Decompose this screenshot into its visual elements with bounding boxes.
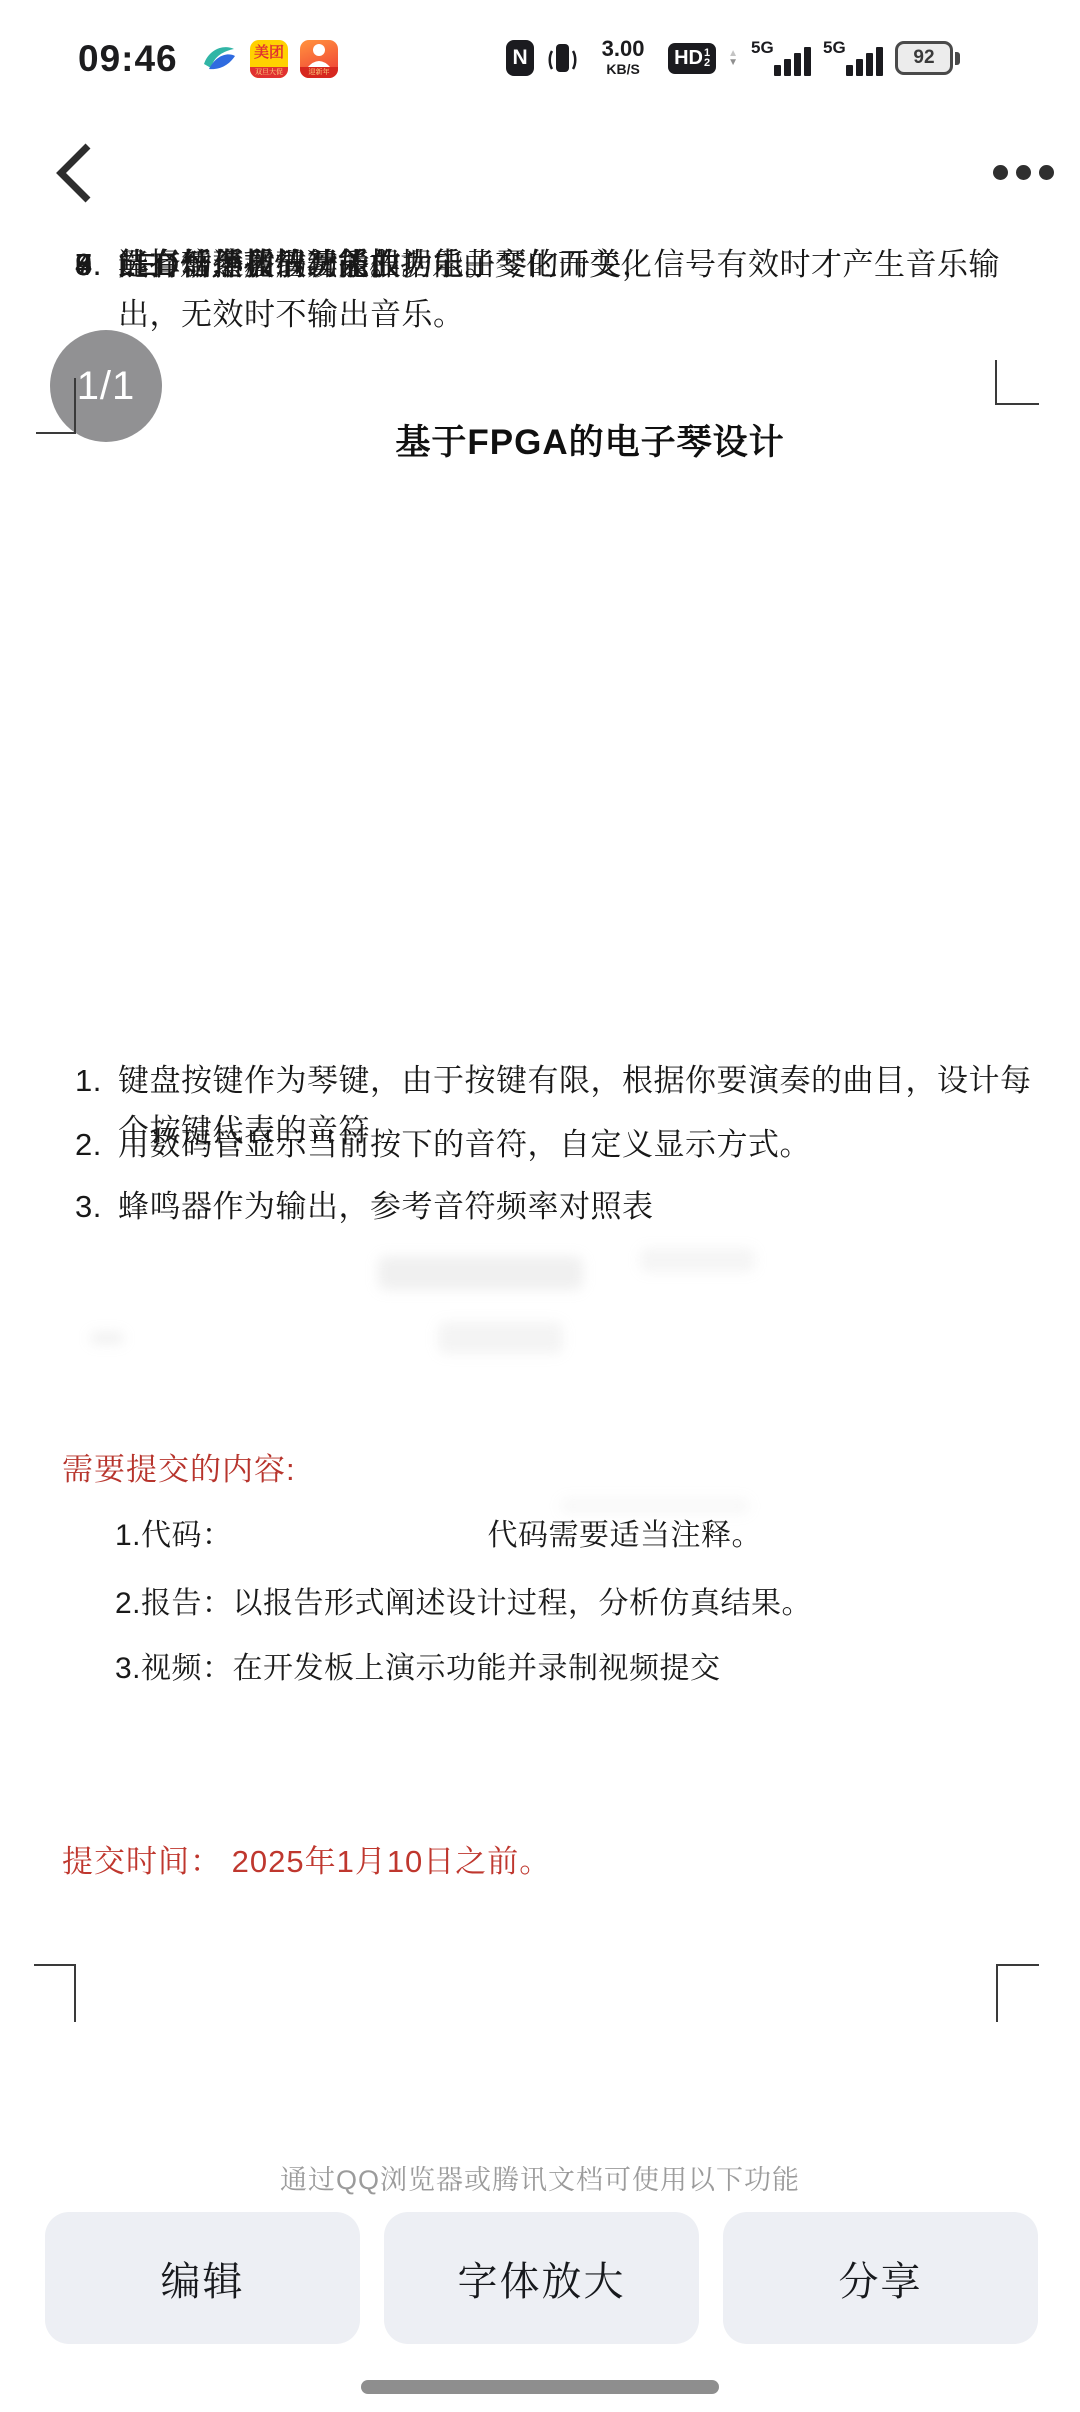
scan-smudge: [438, 1322, 563, 1354]
vibrate-icon: [546, 39, 578, 77]
deadline-text: 提交时间： 2025年1月10日之前。: [62, 1836, 551, 1881]
nfc-icon: N: [506, 40, 534, 76]
scan-smudge: [90, 1332, 124, 1344]
battery-level: 92: [895, 41, 953, 75]
list-item: 9. 具有循环播放功能。: [75, 240, 1036, 290]
notification-icons: 美团 双旦大促 迎新年: [200, 40, 338, 78]
home-indicator[interactable]: [361, 2380, 719, 2394]
meituan-app-icon: 美团 双旦大促: [250, 40, 288, 78]
network-speed-value: 3.00: [602, 36, 645, 61]
scan-smudge: [640, 1248, 755, 1272]
more-options-button[interactable]: [980, 144, 1066, 200]
page-corner-mark-top-left: [36, 378, 76, 434]
person-icon: [300, 40, 338, 68]
list-item: 2. 用数码管显示当前按下的音符，自定义显示方式。: [75, 1120, 1036, 1170]
reader-app-icon: [200, 40, 238, 78]
hd-volte-icon: HD 1 2: [668, 43, 716, 74]
battery-icon: 92: [895, 41, 960, 75]
submission-heading: 需要提交的内容:: [62, 1444, 296, 1489]
meituan-banner: 双旦大促: [250, 67, 288, 78]
ellipsis-icon: [993, 165, 1008, 180]
back-chevron-icon: [52, 142, 96, 204]
submission-item: 2.报告：以报告形式阐述设计过程，分析仿真结果。: [115, 1582, 812, 1626]
swoosh-icon: [200, 40, 238, 78]
enlarge-font-button[interactable]: 字体放大: [384, 2212, 699, 2344]
screen: 09:46 美团 双旦大促 迎新年 N 3.00: [0, 0, 1080, 2412]
scan-smudge: [378, 1256, 583, 1290]
document-title: 基于FPGA的电子琴设计: [140, 415, 1040, 465]
signal-5g-sim2-icon: 5G: [823, 39, 883, 77]
submission-item: 1.代码：代码需要适当注释。: [115, 1514, 762, 1558]
list-item: 3. 蜂鸣器作为输出，参考音符频率对照表: [75, 1182, 1036, 1232]
submission-item-label: 1.代码：: [115, 1519, 233, 1552]
signal-5g-sim1-icon: 5G: [751, 39, 811, 77]
edit-button[interactable]: 编辑: [45, 2212, 360, 2344]
footer-hint: 通过QQ浏览器或腾讯文档可使用以下功能: [0, 2158, 1080, 2197]
meituan-label: 美团: [250, 40, 288, 66]
footer-actions: 编辑 字体放大 分享: [45, 2212, 1038, 2344]
scan-smudge: [560, 1498, 750, 1514]
network-speed: 3.00 KB/S: [590, 38, 656, 79]
page-corner-mark-bottom-right: [996, 1964, 1039, 2022]
document-page[interactable]: 1/1 基于FPGA的电子琴设计 1. 键盘按键作为琴键，由于按键有限，根据你要…: [0, 240, 1080, 2040]
promo-app-icon: 迎新年: [300, 40, 338, 78]
network-speed-unit: KB/S: [606, 61, 639, 77]
data-activity-arrows-icon: ▲▼: [728, 49, 738, 67]
back-button[interactable]: [44, 136, 104, 210]
submission-item-text: 代码需要适当注释。: [488, 1519, 763, 1552]
page-corner-mark-top-right: [995, 360, 1039, 405]
status-time: 09:46: [78, 38, 178, 80]
submission-item: 3.视频：在开发板上演示功能并录制视频提交: [115, 1647, 721, 1691]
page-corner-mark-bottom-left: [34, 1964, 76, 2022]
share-button[interactable]: 分享: [723, 2212, 1038, 2344]
status-indicators: N 3.00 KB/S HD 1 2 ▲▼ 5G 5G: [506, 36, 960, 80]
promo-banner: 迎新年: [300, 67, 338, 78]
